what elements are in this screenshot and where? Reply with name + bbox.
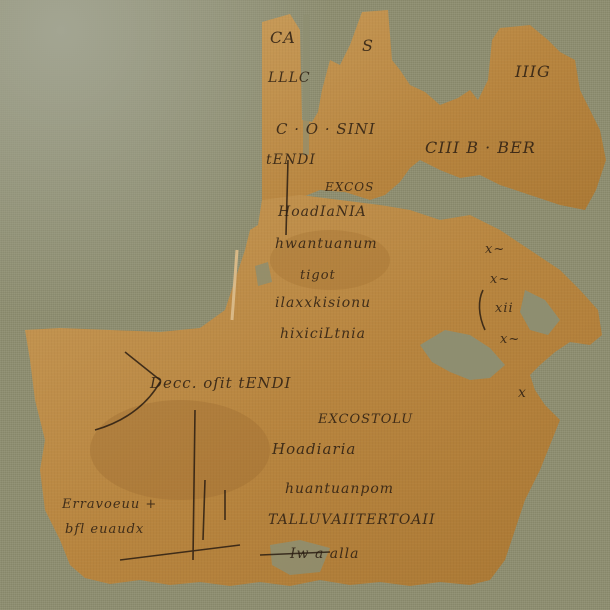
text-line: huantuanpom — [285, 481, 394, 497]
text-line: HoadIaNIA — [278, 204, 367, 220]
text-line: Iw a alla — [290, 546, 359, 562]
margin-mark: x~ — [485, 242, 505, 257]
text-line: S — [362, 36, 374, 55]
photo-scene: CA S IIIG LLLC C · O · SINI CIII B · BER… — [0, 0, 610, 610]
margin-mark: x — [518, 385, 527, 401]
text-line: hixiciLtnia — [280, 326, 366, 342]
text-line: bfl euaudx — [65, 522, 144, 537]
text-line: EXCOSTOLU — [318, 412, 413, 427]
text-line: CA — [270, 28, 296, 47]
text-line: EXCOS — [325, 180, 374, 194]
text-line: CIII B · BER — [425, 138, 536, 157]
text-line: C · O · SINI — [276, 120, 376, 138]
text-line: hwantuanum — [275, 236, 378, 252]
text-line: Decc. oſit tENDI — [150, 374, 291, 392]
text-line: TALLUVAIITERTOAII — [268, 512, 435, 528]
text-line: LLLC — [268, 70, 311, 86]
margin-mark: xii — [495, 301, 514, 316]
text-line: IIIG — [515, 62, 551, 81]
text-line: tigot — [300, 268, 336, 283]
text-line: ilaxxkisionu — [275, 295, 371, 311]
text-line: Erravoeuu + — [62, 497, 157, 512]
text-line: Hoadiaria — [272, 440, 356, 458]
margin-mark: x~ — [490, 272, 510, 287]
text-line: tENDI — [266, 152, 316, 168]
margin-mark: x~ — [500, 332, 520, 347]
